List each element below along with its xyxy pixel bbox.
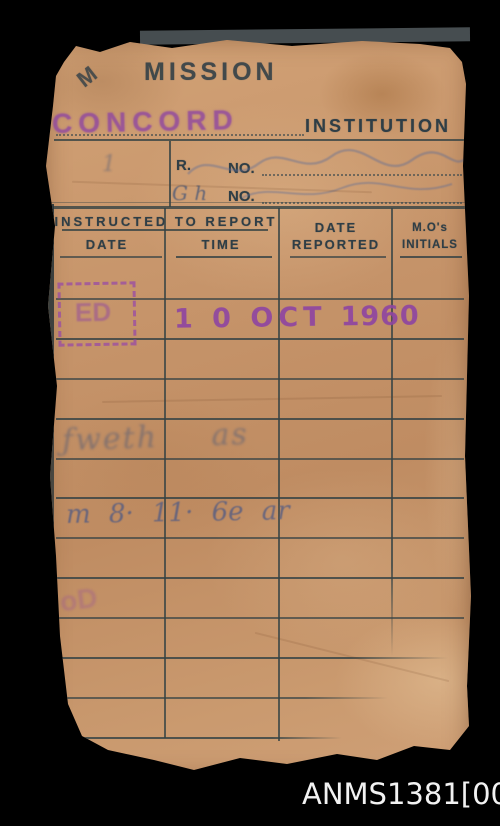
table-group-header: INSTRUCTED TO REPORT bbox=[50, 213, 282, 230]
column-header-time: TIME bbox=[164, 236, 278, 253]
date-stamp-year: 1960 bbox=[340, 300, 420, 332]
table-row-line bbox=[56, 418, 464, 420]
table-row-line bbox=[176, 256, 272, 258]
backing-card-edge bbox=[140, 27, 470, 44]
document-card: M MISSION CONCORD INSTITUTION 1 R. NO. G… bbox=[42, 36, 472, 781]
table-row-line bbox=[56, 657, 448, 659]
registration-divider bbox=[169, 141, 171, 207]
table-row-line bbox=[290, 256, 386, 258]
table-left-border bbox=[47, 204, 54, 722]
table-row-line bbox=[64, 737, 342, 739]
date-received-stamp: 1 0 OCT 1960 bbox=[174, 300, 420, 334]
handwriting-row2: m 8· 11· 6e ar bbox=[66, 496, 290, 530]
title-fragment: M bbox=[72, 61, 102, 93]
table-row-line bbox=[56, 378, 464, 380]
boxed-rubber-stamp: ED bbox=[57, 281, 136, 346]
catalog-number: ANMS1381[006] bbox=[302, 777, 500, 811]
table-column-divider bbox=[278, 208, 280, 741]
table-column-divider bbox=[391, 208, 393, 656]
table-row-line bbox=[56, 697, 388, 699]
faint-stamp-mark: oD bbox=[58, 582, 99, 618]
institution-label: INSTITUTION bbox=[305, 116, 451, 137]
table-top-rule-thin bbox=[50, 202, 468, 203]
table-row-line bbox=[56, 458, 464, 460]
table-row-line bbox=[60, 256, 162, 258]
dotted-rule bbox=[56, 118, 304, 136]
registration-left-mark: 1 bbox=[102, 152, 116, 177]
column-header-mo-initials: M.O's INITIALS bbox=[394, 220, 466, 254]
column-header-date-reported: DATE REPORTED bbox=[282, 219, 390, 253]
date-stamp-day: 1 0 OCT bbox=[174, 302, 327, 335]
handwriting-row1: ƒweth as bbox=[61, 417, 249, 458]
table-row-line bbox=[56, 617, 464, 619]
pencil-scribble bbox=[180, 140, 470, 210]
museum-photo: M MISSION CONCORD INSTITUTION 1 R. NO. G… bbox=[0, 0, 500, 826]
column-header-date: DATE bbox=[50, 236, 164, 253]
table-row-line bbox=[56, 537, 464, 539]
table-row-line bbox=[400, 256, 462, 258]
boxed-stamp-text: ED bbox=[75, 297, 112, 329]
table-row-line bbox=[56, 577, 464, 579]
page-title: MISSION bbox=[144, 58, 278, 87]
table-top-rule bbox=[50, 206, 468, 209]
table-column-divider bbox=[164, 208, 166, 738]
